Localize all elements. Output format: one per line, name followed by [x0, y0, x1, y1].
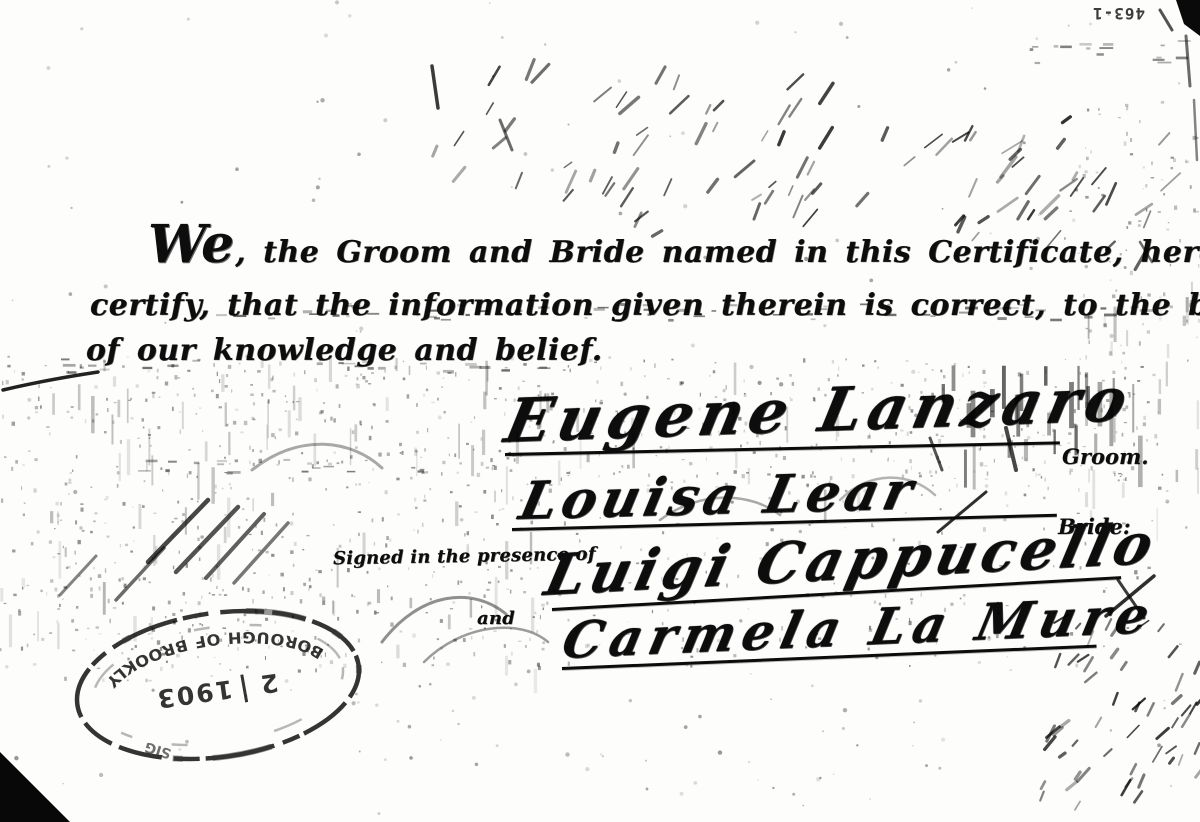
noise-mark: [1111, 649, 1117, 657]
noise-mark: [629, 699, 632, 702]
groom-label: Groom.: [1062, 444, 1149, 469]
noise-mark: [26, 585, 29, 586]
noise-mark: [50, 579, 53, 582]
noise-mark: [197, 526, 199, 530]
noise-mark: [1044, 478, 1045, 482]
noise-mark: [450, 608, 453, 609]
noise-mark: [537, 663, 540, 667]
noise-mark: [1010, 149, 1020, 159]
noise-mark: [357, 152, 361, 156]
noise-mark: [994, 459, 995, 463]
noise-mark: [417, 530, 418, 534]
noise-mark: [22, 378, 24, 380]
noise-mark: [877, 367, 878, 369]
noise-mark: [1092, 470, 1095, 509]
noise-mark: [268, 575, 269, 576]
noise-mark: [455, 501, 458, 526]
noise-mark: [467, 531, 469, 535]
noise-mark: [706, 105, 710, 113]
noise-mark: [192, 388, 194, 390]
noise-mark: [1185, 159, 1187, 163]
noise-mark: [2, 381, 3, 385]
stamp-arc-text: BOROUGH OF BROOKLYN: [19, 561, 328, 703]
noise-mark: [133, 526, 136, 529]
noise-mark: [680, 792, 684, 796]
noise-mark: [1113, 693, 1117, 705]
noise-mark: [839, 22, 843, 26]
noise-mark: [493, 631, 496, 632]
noise-mark: [940, 508, 942, 510]
noise-mark: [1032, 468, 1033, 472]
noise-mark: [271, 493, 274, 506]
noise-mark: [1041, 196, 1059, 213]
noise-mark: [690, 665, 692, 668]
noise-mark: [383, 377, 385, 380]
noise-mark: [216, 586, 218, 589]
noise-mark: [691, 344, 695, 348]
noise-mark: [1018, 464, 1019, 465]
noise-mark: [537, 567, 539, 569]
noise-mark: [415, 450, 418, 453]
noise-mark: [354, 424, 357, 441]
noise-mark: [121, 577, 123, 580]
noise-mark: [576, 533, 579, 535]
noise-mark: [442, 461, 445, 464]
noise-mark: [1067, 782, 1077, 790]
noise-mark: [226, 374, 228, 377]
noise-mark: [355, 483, 357, 485]
noise-mark: [71, 406, 74, 407]
noise-mark: [1147, 330, 1150, 333]
noise-mark: [921, 494, 923, 496]
noise-mark: [1109, 351, 1112, 355]
noise-mark: [216, 565, 218, 567]
noise-mark: [1118, 473, 1121, 474]
noise-mark: [1036, 473, 1037, 477]
noise-mark: [518, 641, 521, 642]
noise-mark: [414, 530, 415, 531]
noise-mark: [323, 402, 325, 404]
noise-mark: [73, 490, 77, 494]
noise-mark: [1070, 472, 1071, 475]
noise-mark: [335, 0, 339, 4]
noise-mark: [538, 664, 540, 667]
noise-mark: [708, 179, 718, 192]
noise-mark: [118, 578, 120, 581]
noise-mark: [618, 79, 622, 83]
noise-mark: [148, 434, 151, 436]
noise-mark: [757, 779, 759, 781]
noise-mark: [159, 397, 161, 398]
noise-mark: [168, 472, 169, 475]
noise-mark: [654, 363, 655, 367]
noise-mark: [1106, 183, 1115, 204]
noise-mark: [1164, 700, 1166, 702]
noise-mark: [347, 471, 355, 473]
noise-mark: [78, 384, 81, 410]
noise-mark: [797, 158, 807, 178]
noise-mark: [637, 128, 648, 135]
noise-mark: [227, 471, 240, 474]
noise-mark: [22, 372, 25, 376]
noise-mark: [70, 472, 73, 473]
noise-mark: [1182, 715, 1190, 727]
noise-mark: [531, 598, 534, 633]
noise-mark: [500, 120, 512, 150]
noise-mark: [684, 725, 688, 729]
noise-mark: [735, 161, 754, 177]
noise-mark: [93, 521, 96, 523]
noise-mark: [1120, 345, 1121, 347]
noise-mark: [440, 619, 443, 623]
noise-mark: [1054, 45, 1059, 47]
noise-mark: [1088, 469, 1090, 483]
noise-mark: [567, 123, 569, 125]
noise-mark: [21, 486, 22, 490]
noise-mark: [37, 530, 40, 533]
noise-mark: [486, 589, 489, 591]
noise-mark: [1032, 46, 1038, 48]
noise-mark: [173, 566, 174, 570]
noise-mark: [323, 466, 334, 468]
noise-mark: [198, 546, 201, 549]
noise-mark: [492, 467, 493, 471]
noise-mark: [378, 453, 381, 457]
noise-mark: [1085, 196, 1088, 199]
noise-mark: [1085, 673, 1096, 682]
noise-mark: [473, 652, 475, 656]
noise-mark: [534, 669, 537, 693]
noise-mark: [82, 530, 85, 532]
noise-mark: [1197, 468, 1199, 494]
noise-mark: [843, 708, 847, 712]
noise-mark: [1085, 147, 1086, 148]
noise-mark: [337, 462, 340, 464]
noise-mark: [1127, 725, 1139, 737]
noise-mark: [656, 67, 665, 83]
noise-mark: [400, 452, 402, 454]
noise-mark: [211, 467, 214, 504]
noise-mark: [1109, 334, 1113, 338]
noise-mark: [644, 375, 646, 377]
noise-mark: [114, 562, 115, 563]
noise-mark: [501, 369, 510, 371]
noise-mark: [276, 464, 278, 466]
decorative-lead-word: We: [148, 219, 233, 271]
noise-mark: [271, 554, 274, 557]
noise-mark: [1161, 179, 1164, 180]
noise-mark: [671, 359, 673, 361]
noise-mark: [356, 384, 359, 388]
noise-mark: [104, 431, 107, 433]
noise-mark: [906, 360, 909, 361]
noise-mark: [1178, 40, 1191, 42]
noise-mark: [317, 389, 318, 392]
paragraph-line-2: certify, that the information given ther…: [90, 288, 1200, 323]
noise-mark: [1179, 755, 1183, 765]
noise-mark: [1158, 487, 1161, 490]
noise-mark: [180, 201, 183, 204]
noise-mark: [68, 479, 71, 482]
noise-mark: [421, 472, 424, 474]
noise-mark: [63, 546, 64, 549]
noise-mark: [34, 458, 37, 461]
noise-mark: [1098, 187, 1100, 189]
noise-mark: [469, 628, 472, 630]
noise-mark: [1069, 210, 1071, 212]
noise-mark: [1130, 271, 1133, 275]
noise-mark: [1058, 139, 1065, 148]
noise-mark: [224, 472, 226, 473]
noise-mark: [416, 451, 418, 476]
noise-mark: [292, 513, 293, 516]
noise-mark: [594, 88, 611, 102]
noise-mark: [174, 518, 177, 520]
noise-mark: [789, 186, 793, 195]
noise-mark: [60, 520, 62, 521]
noise-mark: [189, 517, 191, 518]
noise-mark: [516, 173, 522, 189]
noise-mark: [162, 489, 163, 492]
noise-mark: [296, 401, 299, 402]
noise-mark: [755, 21, 759, 25]
noise-mark: [441, 386, 443, 387]
noise-mark: [457, 723, 459, 725]
noise-mark: [79, 527, 82, 530]
noise-mark: [472, 696, 476, 700]
noise-mark: [148, 370, 150, 372]
noise-mark: [11, 467, 13, 471]
noise-mark: [283, 459, 290, 461]
noise-mark: [919, 699, 922, 702]
noise-mark: [429, 683, 432, 686]
noise-mark: [430, 598, 432, 600]
noise-mark: [955, 61, 958, 64]
noise-mark: [70, 416, 73, 419]
noise-mark: [440, 739, 442, 741]
noise-mark: [253, 402, 255, 405]
noise-mark: [187, 370, 190, 372]
noise-mark: [133, 540, 134, 541]
noise-mark: [49, 432, 51, 435]
noise-mark: [1143, 416, 1146, 420]
noise-mark: [189, 471, 192, 474]
noise-mark: [346, 486, 348, 488]
noise-mark: [157, 426, 160, 429]
noise-mark: [1147, 401, 1150, 403]
noise-mark: [820, 128, 833, 148]
noise-mark: [21, 647, 23, 651]
noise-mark: [443, 370, 451, 373]
noise-mark: [396, 478, 399, 481]
noise-mark: [643, 360, 645, 363]
noise-mark: [1195, 743, 1200, 754]
noise-mark: [808, 162, 814, 175]
noise-mark: [444, 411, 446, 413]
noise-mark: [442, 519, 444, 523]
noise-mark: [1121, 361, 1122, 364]
noise-mark: [475, 512, 478, 513]
noise-mark: [698, 715, 702, 719]
noise-mark: [35, 411, 38, 413]
noise-mark: [148, 500, 208, 562]
noise-mark: [1118, 479, 1120, 481]
noise-mark: [180, 430, 181, 434]
noise-mark: [367, 571, 369, 574]
noise-mark: [1182, 705, 1190, 715]
noise-mark: [33, 663, 36, 666]
noise-mark: [250, 384, 253, 386]
noise-mark: [1126, 778, 1133, 786]
noise-mark: [22, 464, 24, 466]
noise-mark: [538, 666, 541, 670]
noise-mark: [4, 457, 7, 458]
noise-mark: [1185, 526, 1188, 529]
noise-mark: [136, 384, 139, 387]
noise-mark: [244, 421, 247, 425]
bleed-through-code: 463-1: [1092, 4, 1145, 23]
noise-mark: [514, 683, 518, 687]
noise-mark: [563, 369, 566, 371]
noise-mark: [225, 402, 227, 426]
noise-mark: [1114, 473, 1115, 476]
noise-mark: [925, 363, 928, 365]
noise-mark: [978, 661, 981, 664]
noise-mark: [1153, 747, 1162, 762]
noise-mark: [1103, 43, 1113, 46]
paragraph-line-3: of our knowledge and belief.: [86, 333, 603, 368]
noise-mark: [234, 523, 288, 583]
noise-mark: [333, 418, 336, 422]
noise-mark: [681, 459, 684, 460]
noise-mark: [1170, 167, 1173, 169]
noise-mark: [569, 369, 570, 373]
noise-mark: [856, 744, 858, 746]
noise-mark: [12, 549, 15, 552]
witness-conjunction-label: and: [477, 608, 515, 629]
noise-mark: [374, 542, 375, 545]
noise-mark: [1179, 644, 1182, 645]
noise-mark: [272, 390, 275, 393]
noise-mark: [536, 630, 538, 633]
noise-mark: [505, 656, 508, 676]
noise-mark: [446, 662, 450, 666]
noise-mark: [935, 471, 937, 474]
noise-mark: [706, 457, 707, 461]
noise-mark: [327, 459, 328, 461]
noise-mark: [75, 520, 77, 524]
noise-mark: [411, 467, 415, 469]
noise-mark: [1121, 662, 1126, 669]
noise-mark: [909, 665, 911, 667]
noise-mark: [454, 453, 456, 457]
noise-mark: [819, 777, 821, 779]
noise-mark: [510, 569, 512, 571]
noise-mark: [664, 179, 671, 195]
noise-mark: [1075, 772, 1080, 779]
noise-mark: [432, 66, 438, 108]
noise-mark: [602, 755, 604, 757]
noise-mark: [372, 519, 374, 523]
noise-mark: [385, 370, 386, 373]
noise-mark: [225, 385, 228, 388]
noise-mark: [80, 366, 84, 368]
noise-mark: [278, 460, 279, 464]
noise-mark: [290, 522, 293, 526]
noise-mark: [403, 378, 406, 381]
noise-mark: [224, 457, 226, 459]
noise-mark: [1139, 120, 1140, 123]
noise-mark: [505, 398, 507, 401]
noise-mark: [127, 439, 130, 475]
noise-mark: [954, 478, 955, 479]
noise-mark: [252, 444, 382, 470]
noise-mark: [1161, 45, 1165, 47]
noise-mark: [689, 462, 692, 465]
noise-mark: [484, 594, 486, 597]
noise-mark: [320, 98, 324, 102]
noise-mark: [285, 411, 287, 412]
noise-mark: [362, 376, 365, 379]
noise-mark: [65, 547, 67, 557]
noise-mark: [1012, 157, 1023, 167]
noise-mark: [312, 467, 320, 469]
noise-mark: [80, 27, 83, 30]
noise-mark: [510, 590, 512, 594]
noise-mark: [4, 603, 7, 604]
noise-mark: [551, 168, 554, 171]
noise-mark: [1001, 157, 1016, 177]
noise-mark: [793, 196, 802, 218]
noise-mark: [50, 511, 53, 523]
noise-mark: [14, 370, 15, 373]
noise-mark: [762, 131, 768, 141]
noise-mark: [448, 614, 451, 629]
noise-mark: [490, 458, 492, 462]
noise-mark: [27, 398, 31, 402]
noise-mark: [168, 461, 177, 463]
noise-mark: [779, 105, 790, 124]
noise-mark: [253, 419, 255, 421]
noise-mark: [527, 669, 531, 673]
noise-mark: [249, 534, 252, 535]
noise-mark: [438, 415, 442, 419]
noise-mark: [1086, 157, 1089, 160]
noise-mark: [215, 492, 217, 493]
noise-mark: [235, 167, 239, 171]
noise-mark: [821, 596, 824, 598]
noise-mark: [1099, 47, 1113, 49]
noise-mark: [1097, 53, 1104, 55]
noise-mark: [1018, 136, 1024, 152]
noise-mark: [1157, 743, 1161, 747]
noise-mark: [144, 565, 145, 568]
noise-mark: [177, 501, 179, 504]
noise-mark: [850, 594, 852, 596]
noise-mark: [252, 549, 253, 551]
noise-mark: [422, 471, 428, 473]
noise-mark: [1101, 194, 1104, 197]
noise-mark: [1186, 161, 1189, 163]
noise-mark: [399, 443, 402, 446]
noise-mark: [496, 523, 499, 526]
noise-mark: [165, 382, 168, 386]
noise-mark: [616, 92, 626, 107]
noise-mark: [1142, 188, 1144, 189]
noise-mark: [117, 471, 120, 474]
noise-mark: [1041, 782, 1045, 789]
noise-mark: [482, 636, 483, 640]
